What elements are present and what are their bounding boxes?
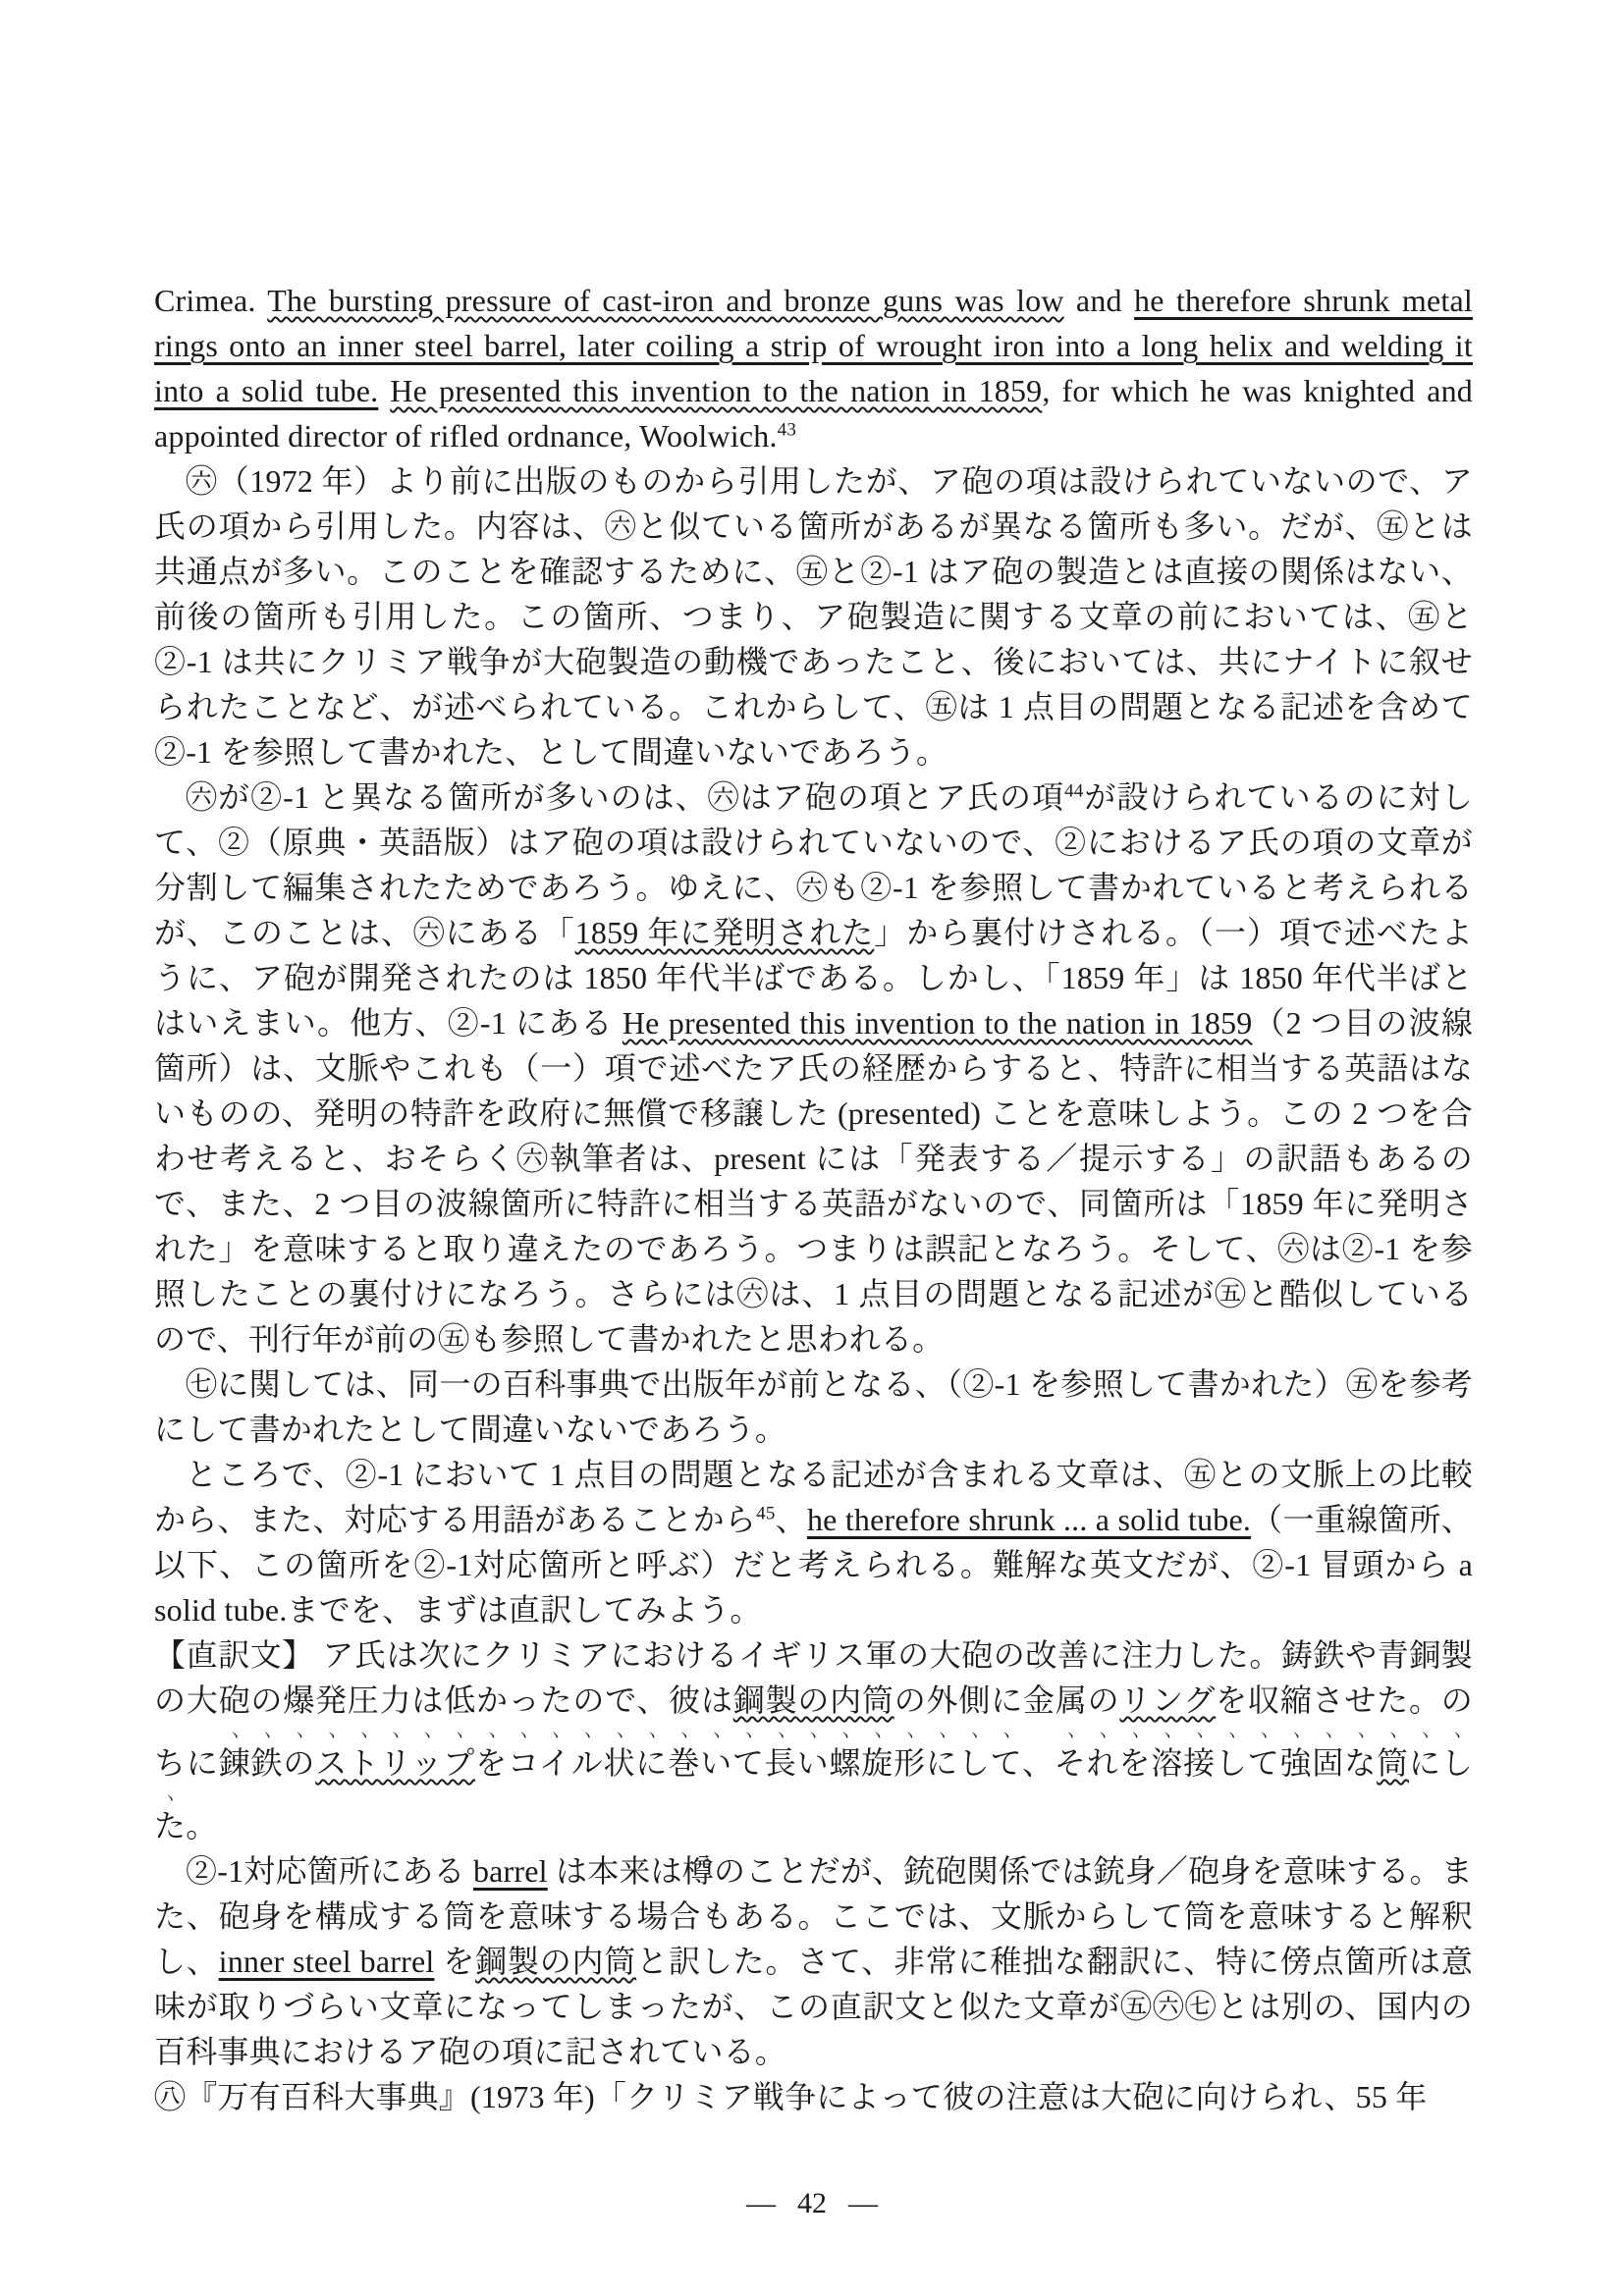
text-run: ②-1対応箇所にある — [186, 1853, 473, 1889]
text-run: の外側に金属の — [894, 1682, 1120, 1718]
text-run: 。 — [186, 1808, 217, 1843]
text-run: ㊇『万有百科大事典』(1973 年)「クリミア戦争によって彼の注意は大砲に向けら… — [154, 2079, 1427, 2114]
text-run: ㊆に関しては、同一の百科事典で出版年が前となる、（②-1 を参照して書かれた）㊄… — [154, 1366, 1473, 1447]
solid-run: he therefore shrunk ... a solid tube. — [807, 1502, 1251, 1537]
paragraph: ㊅が②-1 と異なる箇所が多いのは、㊅はア砲の項とア氏の項44が設けられているの… — [154, 774, 1473, 1362]
text-run: Crimea. — [154, 283, 267, 318]
footer-dash-left: — — [746, 2184, 776, 2223]
text-run — [378, 373, 390, 408]
sup-run: 43 — [778, 419, 796, 440]
text-run: 、 — [776, 1502, 807, 1537]
text-run: ㊅が②-1 と異なる箇所が多いのは、㊅はア砲の項とア氏の項 — [186, 779, 1064, 815]
dots-run: 錬鉄の — [219, 1745, 316, 1781]
paragraph: ㊅（1972 年）より前に出版のものから引用したが、ア砲の項は設けられていないの… — [154, 458, 1473, 774]
page-number: 42 — [797, 2187, 827, 2219]
footer-dash-right: — — [848, 2184, 878, 2223]
paragraph: ②-1対応箇所にある barrel は本来は樽のことだが、銃砲関係では銃身／砲身… — [154, 1848, 1473, 2074]
wavy-run: He presented this invention to the natio… — [623, 1005, 1253, 1041]
sup-run: 44 — [1064, 780, 1083, 801]
paragraph: Crimea. The bursting pressure of cast-ir… — [154, 278, 1473, 458]
dots-run: をコイル状に巻いて長い螺旋形にして、それを溶接して強固な — [475, 1745, 1377, 1781]
text-run: ㊅（1972 年）より前に出版のものから引用したが、ア砲の項は設けられていないの… — [154, 463, 1473, 770]
wavy-run: The bursting pressure of cast-iron and b… — [267, 283, 1063, 318]
wavy-run: 鋼製の内筒 — [733, 1682, 894, 1718]
paragraph: ㊆に関しては、同一の百科事典で出版年が前となる、（②-1 を参照して書かれた）㊄… — [154, 1362, 1473, 1452]
paragraph: ㊇『万有百科大事典』(1973 年)「クリミア戦争によって彼の注意は大砲に向けら… — [154, 2074, 1473, 2119]
text-run: and — [1064, 283, 1134, 318]
wavy-run: リング — [1119, 1682, 1216, 1718]
text-run: （2 つ目の波線箇所）は、文脈やこれも（一）項で述べたア氏の経歴からすると、特許… — [154, 1005, 1473, 1357]
sup-run: 45 — [756, 1503, 775, 1523]
document-page: Crimea. The bursting pressure of cast-ir… — [0, 0, 1624, 2296]
document-body: Crimea. The bursting pressure of cast-ir… — [154, 278, 1473, 2119]
wavy-run: 1859 年に発明された — [575, 915, 875, 950]
paragraph: 【直訳文】 ア氏は次にクリミアにおけるイギリス軍の大砲の改善に注力した。鋳鉄や青… — [154, 1632, 1473, 1848]
wavy-run: 鋼製の内筒 — [475, 1944, 636, 1979]
wavy-run: He presented this invention to the natio… — [390, 373, 1042, 408]
paragraph: ところで、②-1 において 1 点目の問題となる記述が含まれる文章は、㊄との文脈… — [154, 1452, 1473, 1632]
text-run: を — [434, 1944, 475, 1979]
dots-wavy-run: 筒 — [1377, 1745, 1409, 1781]
page-footer: —42— — [0, 2184, 1624, 2223]
solid-run: inner steel barrel — [219, 1944, 435, 1979]
dots-wavy-run: ストリップ — [315, 1745, 475, 1781]
solid-run: barrel — [473, 1853, 548, 1889]
